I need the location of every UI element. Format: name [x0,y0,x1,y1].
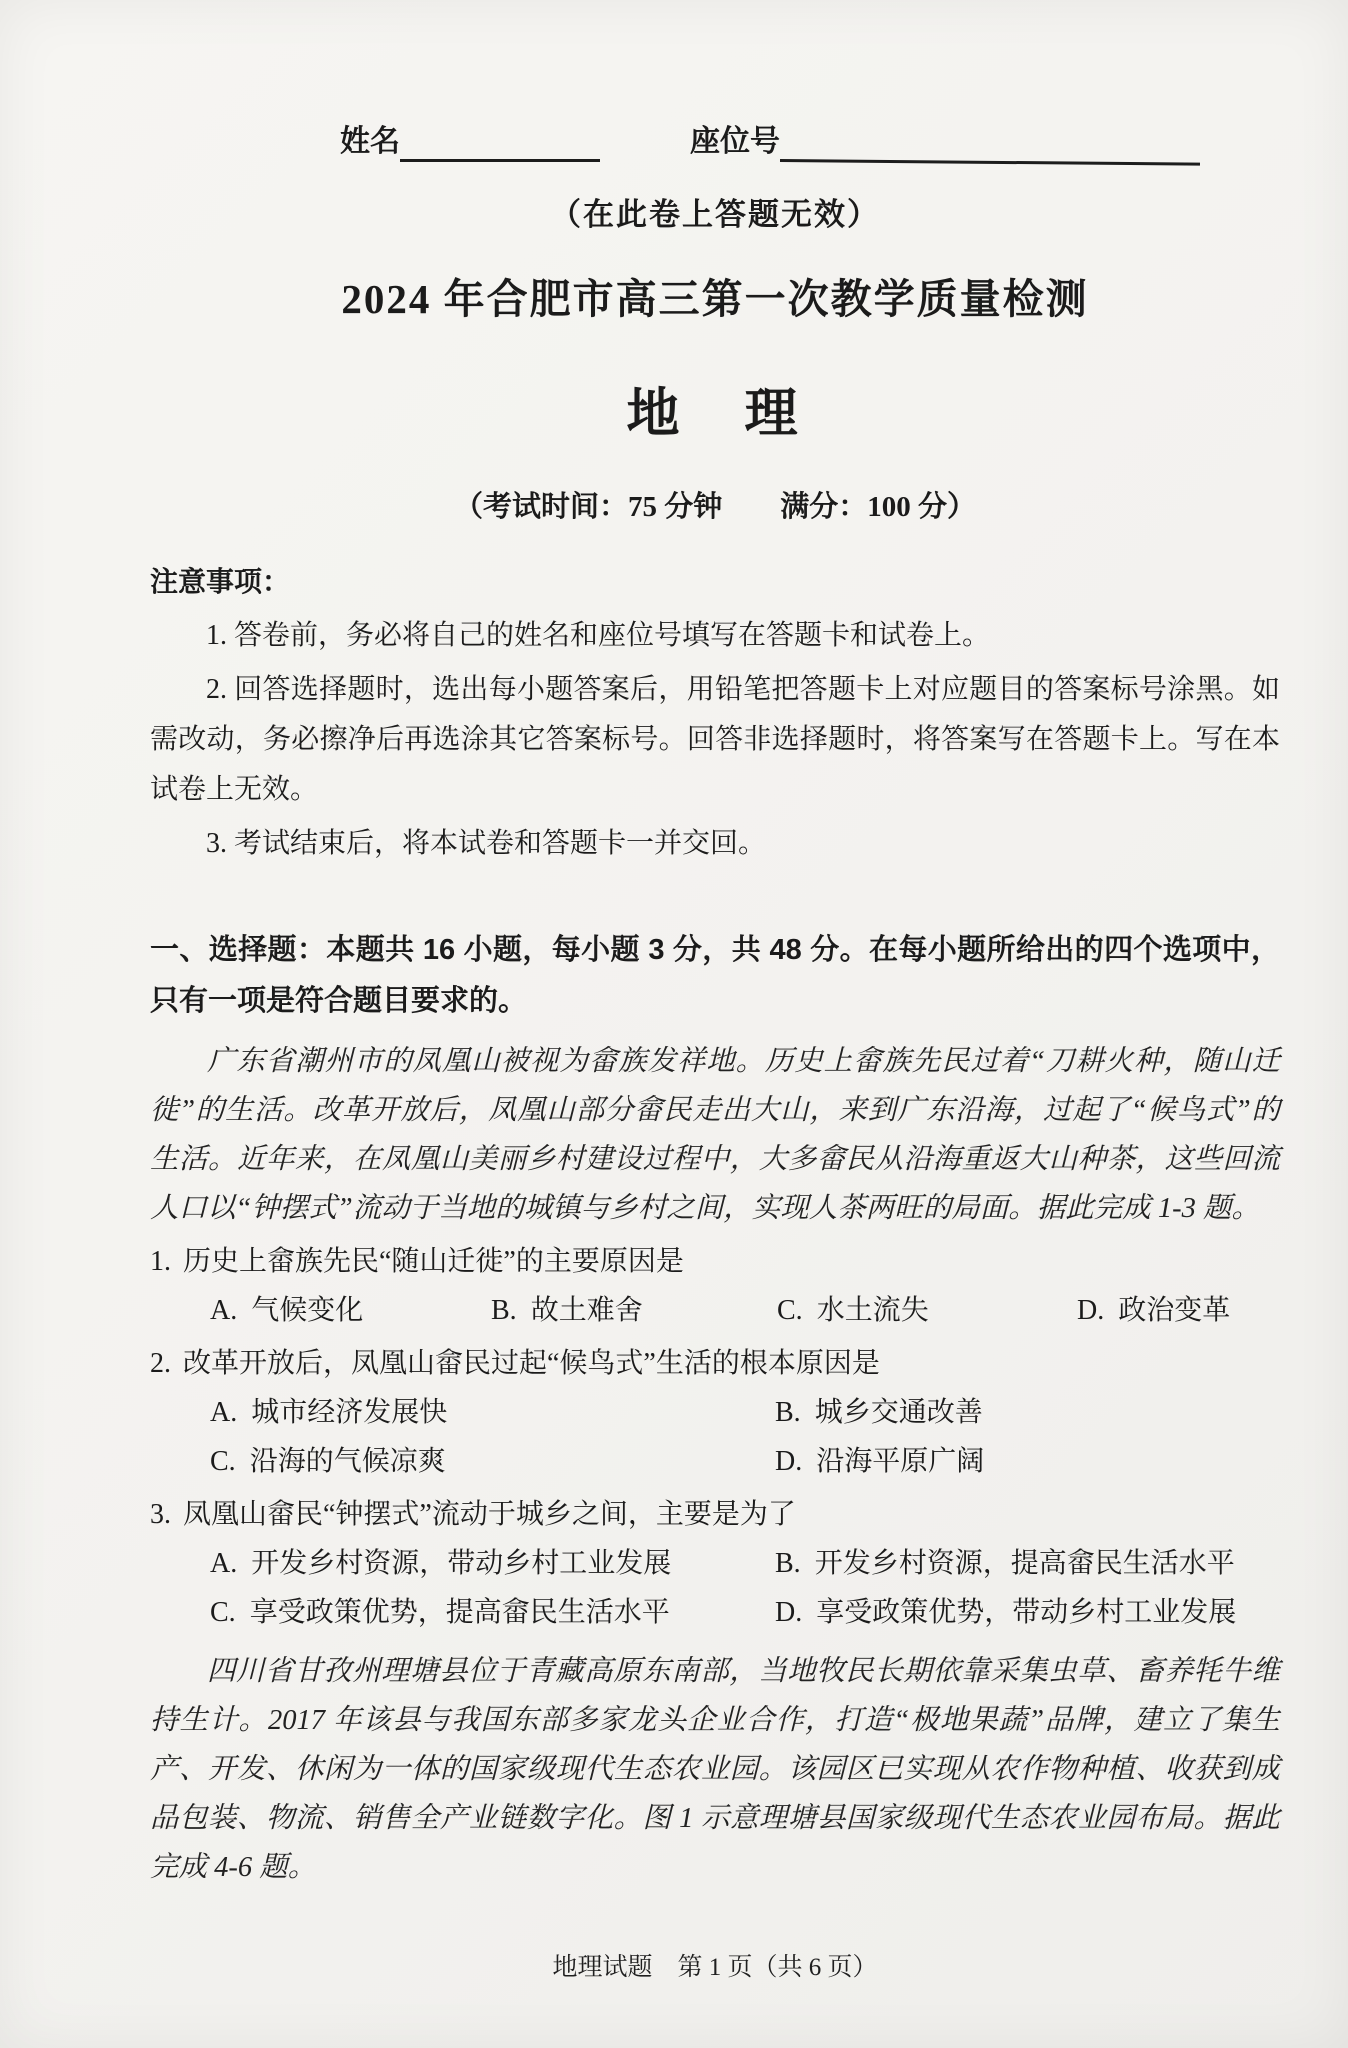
note-item-3: 3. 考试结束后，将本试卷和答题卡一并交回。 [150,819,1280,869]
notes-heading: 注意事项： [150,557,1280,607]
subject-title: 地 理 [150,381,1280,447]
page-footer: 地理试题 第 1 页（共 6 页） [150,1952,1280,1984]
exam-title: 2024 年合肥市高三第一次教学质量检测 [150,272,1280,327]
notes-section: 注意事项： 1. 答卷前，务必将自己的姓名和座位号填写在答题卡和试卷上。 2. … [150,557,1280,869]
question-2-option-c: C.沿海的气候凉爽 [210,1437,775,1486]
question-2-text: 改革开放后，凤凰山畲民过起“候鸟式”生活的根本原因是 [183,1348,880,1379]
question-2-number: 2. [150,1348,171,1379]
question-1-text: 历史上畲族先民“随山迁徙”的主要原因是 [183,1246,684,1277]
passage-1: 广东省潮州市的凤凰山被视为畲族发祥地。历史上畲族先民过着“刀耕火种，随山迁徙”的… [150,1037,1280,1233]
question-1-option-a: A.气候变化 [210,1286,491,1335]
seat-blank-line [780,125,1200,166]
question-2-options: A.城市经济发展快 B.城乡交通改善 C.沿海的气候凉爽 D.沿海平原广阔 [150,1388,1280,1486]
question-3-options: A.开发乡村资源，带动乡村工业发展 B.开发乡村资源，提高畲民生活水平 C.享受… [150,1539,1280,1637]
question-1-option-d: D.政治变革 [1077,1286,1280,1335]
question-3-number: 3. [150,1499,171,1530]
question-3-option-a: A.开发乡村资源，带动乡村工业发展 [210,1539,775,1588]
question-2-option-b: B.城乡交通改善 [775,1388,1280,1437]
question-3: 3.凤凰山畲民“钟摆式”流动于城乡之间，主要是为了 A.开发乡村资源，带动乡村工… [150,1490,1280,1637]
passage-2: 四川省甘孜州理塘县位于青藏高原东南部，当地牧民长期依靠采集虫草、畜养牦牛维持生计… [150,1647,1280,1892]
exam-meta: （考试时间：75 分钟 满分：100 分） [150,487,1280,527]
exam-paper-page: 姓名 座位号 （在此卷上答题无效） 2024 年合肥市高三第一次教学质量检测 地… [0,0,1348,2048]
question-1-option-c: C.水土流失 [777,1286,1077,1335]
question-1-option-b: B.故土难舍 [491,1286,777,1335]
question-1-number: 1. [150,1246,171,1277]
note-item-1: 1. 答卷前，务必将自己的姓名和座位号填写在答题卡和试卷上。 [150,611,1280,661]
section-one-heading: 一、选择题：本题共 16 小题，每小题 3 分，共 48 分。在每小题所给出的四… [150,925,1280,1027]
question-1-stem: 1.历史上畲族先民“随山迁徙”的主要原因是 [150,1237,1280,1286]
name-label: 姓名 [340,122,400,162]
seat-field: 座位号 [690,122,1200,162]
question-3-text: 凤凰山畲民“钟摆式”流动于城乡之间，主要是为了 [183,1499,796,1530]
question-2-option-d: D.沿海平原广阔 [775,1437,1280,1486]
question-3-option-b: B.开发乡村资源，提高畲民生活水平 [775,1539,1280,1588]
student-info-row: 姓名 座位号 [340,0,1280,162]
question-2: 2.改革开放后，凤凰山畲民过起“候鸟式”生活的根本原因是 A.城市经济发展快 B… [150,1339,1280,1486]
question-2-stem: 2.改革开放后，凤凰山畲民过起“候鸟式”生活的根本原因是 [150,1339,1280,1388]
question-3-option-c: C.享受政策优势，提高畲民生活水平 [210,1588,775,1637]
name-field: 姓名 [340,122,600,162]
question-3-option-d: D.享受政策优势，带动乡村工业发展 [775,1588,1280,1637]
question-3-stem: 3.凤凰山畲民“钟摆式”流动于城乡之间，主要是为了 [150,1490,1280,1539]
question-1: 1.历史上畲族先民“随山迁徙”的主要原因是 A.气候变化 B.故土难舍 C.水土… [150,1237,1280,1335]
question-1-options: A.气候变化 B.故土难舍 C.水土流失 D.政治变革 [150,1286,1280,1335]
name-blank-line [400,125,600,162]
answer-invalid-notice: （在此卷上答题无效） [150,194,1280,236]
seat-label: 座位号 [690,122,780,162]
question-2-option-a: A.城市经济发展快 [210,1388,775,1437]
note-item-2: 2. 回答选择题时，选出每小题答案后，用铅笔把答题卡上对应题目的答案标号涂黑。如… [150,665,1280,815]
